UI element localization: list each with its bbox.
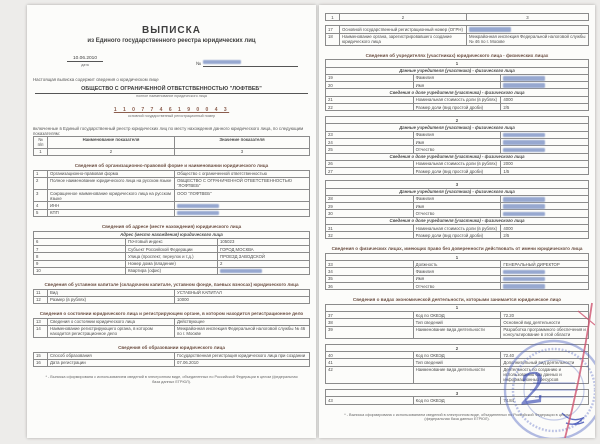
table-row: Адрес (место нахождения) юридического ли… [34, 231, 310, 238]
registration-org-table: 17Основной государственный регистрационн… [325, 25, 589, 46]
field-label: Номинальная стоимость доли (в рублях) [413, 224, 501, 231]
block-subtitle: Данные учредителя (участника) - физическ… [326, 188, 589, 195]
table-row: 41Тип сведенийДополнительный вид деятель… [326, 359, 589, 366]
table-row: 35Имя [326, 275, 589, 282]
table-row: 16Дата регистрации07.06.2010 [34, 359, 310, 366]
section-title: Сведения об уставном капитале (складочно… [33, 282, 310, 288]
field-value: Государственная регистрация юридического… [175, 352, 310, 359]
table-row: 18Наименование органа, зарегистрировавше… [326, 33, 589, 45]
field-value: ГОРОД МОСКВА [218, 246, 310, 253]
field-label: Фамилия [413, 268, 501, 275]
field-label: Должность [413, 261, 501, 268]
row-number: 17 [326, 26, 340, 33]
document-title: ВЫПИСКА [27, 25, 316, 36]
table-row: 33ДолжностьГЕНЕРАЛЬНЫЙ ДИРЕКТОР [326, 261, 589, 268]
field-value: Общество с ограниченной ответственностью [175, 170, 310, 177]
okved-block: 343Код по ОКВЭД74.84 [319, 389, 595, 405]
table-row: 15Способ образованияГосударственная реги… [34, 352, 310, 359]
row-number: 11 [34, 289, 48, 296]
row-number: 43 [326, 397, 414, 404]
column-number-strip: 123 [325, 13, 589, 21]
row-number: 7 [34, 246, 126, 253]
block-subtitle: Сведения о доле учредителя (участника) -… [326, 153, 589, 160]
field-label: Номер дома (владение) [126, 260, 218, 267]
block-subtitle: Сведения о доле учредителя (участника) -… [326, 217, 589, 224]
field-value [501, 74, 589, 81]
field-label: Размер доли (вид простой дроби) [413, 103, 501, 110]
row-number: 37 [326, 312, 414, 319]
column-header: № п/п [34, 136, 48, 148]
field-value: ПРОЕЗД ЗАВОДСКОЙ [218, 253, 310, 260]
table-row: 22Размер доли (вид простой дроби)2/5 [326, 103, 589, 110]
redacted-value [503, 277, 545, 282]
table-row: 123 [34, 148, 310, 155]
field-value: Деятельность по созданию и использованию… [501, 366, 589, 383]
field-label: Размер (в рублях) [48, 296, 175, 303]
row-number: 12 [34, 296, 48, 303]
table-row: 13Сведения о состоянии юридического лица… [34, 318, 310, 325]
redacted-value [220, 269, 262, 274]
field-label: Наименование органа, зарегистрировавшего… [340, 33, 467, 45]
row-number: 22 [326, 103, 414, 110]
row-number: 26 [326, 160, 414, 167]
field-value: ГЕНЕРАЛЬНЫЙ ДИРЕКТОР [501, 261, 589, 268]
field-label: Вид [48, 289, 175, 296]
table-row: 4ИНН [34, 202, 310, 209]
okved-table: 240Код по ОКВЭД72.4041Тип сведенийДополн… [325, 344, 589, 384]
field-value: Разработка программного обеспечения и ко… [501, 326, 589, 338]
field-value: УСТАВНЫЙ КАПИТАЛ [175, 289, 310, 296]
field-label: Тип сведений [413, 359, 501, 366]
field-label: Отчество [413, 210, 501, 217]
page2-sections: Сведения об учредителях (участниках) юри… [319, 53, 595, 405]
field-value: 72.20 [501, 312, 589, 319]
table-row: 11ВидУСТАВНЫЙ КАПИТАЛ [34, 289, 310, 296]
table-row: 3Сокращенное наименование юридического л… [34, 190, 310, 202]
field-label: Основной государственный регистрационный… [340, 26, 467, 33]
block-subtitle: Данные учредителя (участника) - физическ… [326, 124, 589, 131]
table-row: 34Фамилия [326, 268, 589, 275]
okved-table: 343Код по ОКВЭД74.84 [325, 389, 589, 405]
row-number: 20 [326, 82, 414, 89]
company-name: ОБЩЕСТВО С ОГРАНИЧЕННОЙ ОТВЕТСТВЕННОСТЬЮ… [35, 86, 308, 94]
row-number: 5 [34, 209, 48, 216]
extract-number-block: № [196, 56, 298, 67]
table-row: 43Код по ОКВЭД74.84 [326, 397, 589, 404]
field-value: 2/5 [501, 103, 589, 110]
table-row: 12Размер (в рублях)10000 [34, 296, 310, 303]
field-value [501, 131, 589, 138]
table-row: 23Фамилия [326, 131, 589, 138]
field-label: Тип сведений [413, 319, 501, 326]
redacted-value [177, 211, 219, 216]
section-title: Сведения об образовании юридического лиц… [33, 345, 310, 351]
okved-block: 137Код по ОКВЭД72.2038Тип сведенийОсновн… [319, 304, 595, 339]
column-number: 3 [467, 14, 589, 21]
column-header: Наименование показателя [48, 136, 175, 148]
table-row: 17Основной государственный регистрационн… [326, 26, 589, 33]
row-number: 25 [326, 146, 414, 153]
row-number: 34 [326, 268, 414, 275]
row-number: 36 [326, 283, 414, 290]
redacted-value [503, 148, 545, 153]
field-value [467, 26, 589, 33]
table-row: Сведения о доле учредителя (участника) -… [326, 153, 589, 160]
block-number: 2 [326, 344, 589, 351]
row-number: 16 [34, 359, 48, 366]
extract-date: 10.06.2010 [67, 56, 103, 62]
table-row: 2Полное наименование юридического лица н… [34, 177, 310, 189]
included-text: включенные в Единый государственный реес… [33, 126, 310, 136]
row-number: 39 [326, 326, 414, 338]
field-value: 1/5 [501, 168, 589, 175]
table-row: 1 [326, 60, 589, 67]
field-value: Межрайонная инспекция Федеральной налого… [175, 325, 310, 337]
section-title: Сведения об учредителях (участниках) юри… [325, 53, 589, 59]
table-row: Данные учредителя (участника) - физическ… [326, 67, 589, 74]
table-row: 24Имя [326, 139, 589, 146]
table-row: 27Размер доли (вид простой дроби)1/5 [326, 168, 589, 175]
company-caption: полное наименование юридического лица [27, 94, 316, 98]
field-value [501, 203, 589, 210]
row-number: 18 [326, 33, 340, 45]
table-row: 1 [326, 304, 589, 311]
redacted-value [177, 204, 219, 209]
redacted-value [503, 76, 545, 81]
field-value [501, 210, 589, 217]
field-label: Улица (проспект, переулок и т.д.) [126, 253, 218, 260]
table-row: 123 [326, 14, 589, 21]
row-number: 19 [326, 74, 414, 81]
field-label: Субъект Российской Федерации [126, 246, 218, 253]
table-row: 40Код по ОКВЭД72.40 [326, 352, 589, 359]
table-row: Сведения о доле учредителя (участника) -… [326, 217, 589, 224]
founder-table: 2Данные учредителя (участника) - физичес… [325, 116, 589, 175]
field-value: Основной вид деятельности [501, 319, 589, 326]
row-number: 28 [326, 195, 414, 202]
block-number: 1 [326, 304, 589, 311]
field-label: Размер доли (вид простой дроби) [413, 168, 501, 175]
row-number: 9 [34, 260, 126, 267]
field-value: Межрайонная инспекция Федеральной налого… [467, 33, 589, 45]
field-label: Имя [413, 203, 501, 210]
field-label: Размер доли (вид простой дроби) [413, 232, 501, 239]
redacted-value [503, 204, 545, 209]
ogrn-caption: основной государственный регистрационный… [27, 114, 316, 118]
field-value: 4000 [501, 224, 589, 231]
field-value [501, 82, 589, 89]
document-meta: 10.06.2010 дата № [67, 56, 298, 67]
date-caption: дата [67, 63, 103, 67]
field-label: Сокращенное наименование юридического ли… [48, 190, 175, 202]
field-value: 105023 [218, 238, 310, 245]
field-value: 2 [218, 260, 310, 267]
row-number: 27 [326, 168, 414, 175]
field-label: Квартира (офис) [126, 267, 218, 274]
block-number: 3 [326, 181, 589, 188]
founder-table: 1Данные учредителя (участника) - физичес… [325, 59, 589, 111]
table-row: 2 [326, 117, 589, 124]
field-label: Фамилия [413, 74, 501, 81]
table-row: Сведения о доле учредителя (участника) -… [326, 89, 589, 96]
column-number: 2 [340, 14, 467, 21]
footnote: * - Выписка сформирована с использование… [41, 375, 302, 385]
field-label: Дата регистрации [48, 359, 175, 366]
document-scan: ВЫПИСКА из Единого государственного реес… [0, 0, 600, 444]
row-number: 42 [326, 366, 414, 383]
page1-sections: Сведения об организационно-правовой форм… [27, 163, 316, 367]
row-number: 4 [34, 202, 48, 209]
field-label: Отчество [413, 283, 501, 290]
ogrn-number: 1 1 0 7 7 4 6 1 9 0 0 4 3 [27, 107, 316, 113]
table-row: 14Наименование регистрирующего органа, в… [34, 325, 310, 337]
row-number: 15 [34, 352, 48, 359]
field-value [501, 146, 589, 153]
field-label: Код по ОКВЭД [413, 397, 501, 404]
field-label: Наименование вида деятельности [413, 366, 501, 383]
row-number: 2 [34, 177, 48, 189]
field-label: Код по ОКВЭД [413, 352, 501, 359]
field-label: Номинальная стоимость доли (в рублях) [413, 96, 501, 103]
section-title: Сведения о физических лицах, имеющих пра… [325, 246, 589, 252]
section-title: Сведения о состоянии юридического лица и… [33, 311, 310, 317]
table-row: 5КПП [34, 209, 310, 216]
data-table: 13Сведения о состоянии юридического лица… [33, 318, 310, 339]
field-value [501, 195, 589, 202]
table-row: 10Квартира (офис) [34, 267, 310, 274]
row-number: 40 [326, 352, 414, 359]
document-subtitle: из Единого государственного реестра юрид… [27, 38, 316, 44]
field-label: ИНН [48, 202, 175, 209]
block-number: 3 [326, 390, 589, 397]
section-title: Сведения о видах экономической деятельно… [325, 297, 589, 303]
table-row: 36Отчество [326, 283, 589, 290]
table-row: 7Субъект Российской ФедерацииГОРОД МОСКВ… [34, 246, 310, 253]
field-value: 2/5 [501, 232, 589, 239]
extract-number-line [203, 60, 298, 67]
row-number: 10 [34, 267, 126, 274]
page-1: ВЫПИСКА из Единого государственного реес… [27, 5, 316, 438]
redacted-value [503, 212, 545, 217]
table-row: 25Отчество [326, 146, 589, 153]
row-number: 8 [34, 253, 126, 260]
extract-date-block: 10.06.2010 дата [67, 56, 103, 67]
column-number: 1 [326, 14, 340, 21]
row-number: 1 [34, 170, 48, 177]
row-number: 31 [326, 224, 414, 231]
table-row: № п/пНаименование показателяЗначение пок… [34, 136, 310, 148]
row-number: 23 [326, 131, 414, 138]
row-number: 29 [326, 203, 414, 210]
redacted-value [469, 27, 511, 32]
block-number: 2 [326, 117, 589, 124]
table-row: 38Тип сведенийОсновной вид деятельности [326, 319, 589, 326]
field-value [175, 209, 310, 216]
redacted-value [503, 83, 545, 88]
table-row: 1Организационно-правовая формаОбщество с… [34, 170, 310, 177]
field-value: ОБЩЕСТВО С ОГРАНИЧЕННОЙ ОТВЕТСТВЕННОСТЬЮ… [175, 177, 310, 189]
block-number: 1 [326, 253, 589, 260]
table-row: 28Фамилия [326, 195, 589, 202]
table-row: 32Размер доли (вид простой дроби)2/5 [326, 232, 589, 239]
redacted-value [503, 140, 545, 145]
founder-block: 3Данные учредителя (участника) - физичес… [319, 180, 595, 239]
table-row: 3 [326, 181, 589, 188]
section-title: Сведения об организационно-правовой форм… [33, 163, 310, 169]
redacted-value [503, 270, 545, 275]
field-label: Номинальная стоимость доли (в рублях) [413, 160, 501, 167]
block-subtitle: Данные учредителя (участника) - физическ… [326, 67, 589, 74]
table-row: 8Улица (проспект, переулок и т.д.)ПРОЕЗД… [34, 253, 310, 260]
table-row: 29Имя [326, 203, 589, 210]
column-number: 2 [48, 148, 175, 155]
field-value [218, 267, 310, 274]
table-row: Данные учредителя (участника) - физическ… [326, 188, 589, 195]
table-row: 21Номинальная стоимость доли (в рублях)4… [326, 96, 589, 103]
data-table: 1Организационно-правовая формаОбщество с… [33, 170, 310, 217]
block-subtitle: Сведения о доле учредителя (участника) -… [326, 89, 589, 96]
row-number: 24 [326, 139, 414, 146]
field-label: Почтовый индекс [126, 238, 218, 245]
row-number: 6 [34, 238, 126, 245]
field-value: 07.06.2010 [175, 359, 310, 366]
data-table: 15Способ образованияГосударственная реги… [33, 352, 310, 368]
row-number: 30 [326, 210, 414, 217]
field-label: Способ образования [48, 352, 175, 359]
section-title: Сведения об адресе (месте нахождения) юр… [33, 224, 310, 230]
indicator-header-table: № п/пНаименование показателяЗначение пок… [33, 136, 310, 157]
row-number: 41 [326, 359, 414, 366]
founder-table: 3Данные учредителя (участника) - физичес… [325, 180, 589, 239]
redacted-value [503, 133, 545, 138]
field-label: Полное наименование юридического лица на… [48, 177, 175, 189]
field-label: Имя [413, 139, 501, 146]
table-row: 9Номер дома (владение)2 [34, 260, 310, 267]
field-label: Наименование вида деятельности [413, 326, 501, 338]
redacted-value [503, 284, 545, 289]
founder-block: 2Данные учредителя (участника) - физичес… [319, 116, 595, 175]
founder-block: 1Данные учредителя (участника) - физичес… [319, 59, 595, 111]
field-value: 2000 [501, 160, 589, 167]
field-value: 74.84 [501, 397, 589, 404]
row-number: 32 [326, 232, 414, 239]
field-label: Фамилия [413, 131, 501, 138]
field-label: КПП [48, 209, 175, 216]
field-value [501, 275, 589, 282]
okved-block: 240Код по ОКВЭД72.4041Тип сведенийДополн… [319, 344, 595, 384]
field-label: Фамилия [413, 195, 501, 202]
row-number: 33 [326, 261, 414, 268]
redacted-value [503, 197, 545, 202]
table-row: 19Фамилия [326, 74, 589, 81]
field-label: Имя [413, 82, 501, 89]
column-number: 1 [34, 148, 48, 155]
table-row: 31Номинальная стоимость доли (в рублях)4… [326, 224, 589, 231]
table-row: 39Наименование вида деятельностиРазработ… [326, 326, 589, 338]
field-value: ООО "ЛОФТВЕБ" [175, 190, 310, 202]
field-value: 72.40 [501, 352, 589, 359]
table-row: 37Код по ОКВЭД72.20 [326, 312, 589, 319]
field-label: Отчество [413, 146, 501, 153]
signatory-table: 133ДолжностьГЕНЕРАЛЬНЫЙ ДИРЕКТОР34Фамили… [325, 253, 589, 290]
field-value [501, 268, 589, 275]
table-subtitle: Адрес (место нахождения) юридического ли… [34, 231, 310, 238]
page-2: 123 17Основной государственный регистрац… [319, 5, 595, 438]
intro-text: Настоящая выписка содержит сведения о юр… [33, 77, 310, 82]
data-table: 11ВидУСТАВНЫЙ КАПИТАЛ12Размер (в рублях)… [33, 289, 310, 305]
field-value: 10000 [175, 296, 310, 303]
redacted-number [203, 60, 241, 64]
field-label: Сведения о состоянии юридического лица [48, 318, 175, 325]
okved-table: 137Код по ОКВЭД72.2038Тип сведенийОсновн… [325, 304, 589, 339]
field-value: Действующее [175, 318, 310, 325]
field-label: Код по ОКВЭД [413, 312, 501, 319]
table-row: 20Имя [326, 82, 589, 89]
row-number: 3 [34, 190, 48, 202]
field-value [175, 202, 310, 209]
row-number: 13 [34, 318, 48, 325]
table-row: 42Наименование вида деятельностиДеятельн… [326, 366, 589, 383]
data-table: Адрес (место нахождения) юридического ли… [33, 231, 310, 276]
row-number: 14 [34, 325, 48, 337]
field-label: Организационно-правовая форма [48, 170, 175, 177]
table-row: Данные учредителя (участника) - физическ… [326, 124, 589, 131]
table-row: 26Номинальная стоимость доли (в рублях)2… [326, 160, 589, 167]
row-number: 35 [326, 275, 414, 282]
field-label: Имя [413, 275, 501, 282]
table-row: 6Почтовый индекс105023 [34, 238, 310, 245]
field-value [501, 139, 589, 146]
table-row: 2 [326, 344, 589, 351]
row-number: 21 [326, 96, 414, 103]
column-number: 3 [175, 148, 310, 155]
table-row: 1 [326, 253, 589, 260]
number-label: № [196, 62, 201, 67]
block-number: 1 [326, 60, 589, 67]
table-row: 3 [326, 390, 589, 397]
field-value: Дополнительный вид деятельности [501, 359, 589, 366]
table-row: 30Отчество [326, 210, 589, 217]
row-number: 38 [326, 319, 414, 326]
footnote: * - Выписка сформирована с использование… [333, 413, 581, 423]
field-value [501, 283, 589, 290]
field-label: Наименование регистрирующего органа, в к… [48, 325, 175, 337]
field-value: 4000 [501, 96, 589, 103]
column-header: Значение показателя [175, 136, 310, 148]
